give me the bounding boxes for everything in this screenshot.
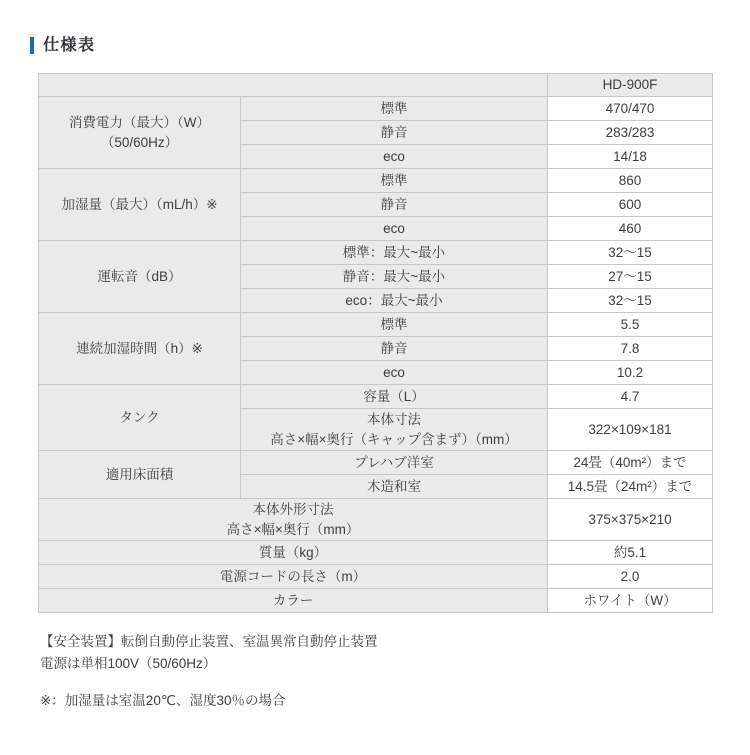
value-cell: 32～15 (548, 289, 713, 313)
mode-cell: 木造和室 (241, 475, 548, 499)
table-row: 本体外形寸法 高さ×幅×奥行（mm） 375×375×210 (39, 499, 713, 541)
mode-cell: 標準：最大~最小 (241, 241, 548, 265)
mode-cell: eco (241, 145, 548, 169)
value-cell: 2.0 (548, 565, 713, 589)
note-power-supply: 電源は単相100V（50/60Hz） (40, 653, 378, 675)
section-label-power-consumption: 消費電力（最大）（W） （50/60Hz） (39, 97, 241, 169)
table-header-row: HD-900F (39, 74, 713, 97)
mode-cell: 本体寸法 高さ×幅×奥行（キャップ含まず）（mm） (241, 409, 548, 451)
mode-cell: 静音：最大~最小 (241, 265, 548, 289)
mode-cell: 静音 (241, 121, 548, 145)
label-cord-length: 電源コードの長さ（m） (39, 565, 548, 589)
note-safety-devices: 【安全装置】転倒自動停止装置、室温異常自動停止装置 (40, 631, 378, 653)
label-color: カラー (39, 589, 548, 613)
table-row: 電源コードの長さ（m） 2.0 (39, 565, 713, 589)
value-cell: 7.8 (548, 337, 713, 361)
value-cell: 14.5畳（24m²）まで (548, 475, 713, 499)
section-label-tank: タンク (39, 385, 241, 451)
value-cell: 600 (548, 193, 713, 217)
section-label-floor-area: 適用床面積 (39, 451, 241, 499)
note-asterisk-condition: ※：加湿量は室温20℃、湿度30％の場合 (40, 690, 378, 712)
value-cell: 322×109×181 (548, 409, 713, 451)
value-cell: 10.2 (548, 361, 713, 385)
table-row: 加湿量（最大）（mL/h）※ 標準 860 (39, 169, 713, 193)
header-empty-cell (39, 74, 548, 97)
table-row: 消費電力（最大）（W） （50/60Hz） 標準 470/470 (39, 97, 713, 121)
title-accent-bar (30, 37, 34, 54)
section-title-text: 仕様表 (43, 38, 96, 54)
label-weight: 質量（kg） (39, 541, 548, 565)
value-cell: 32～15 (548, 241, 713, 265)
mode-cell: 容量（L） (241, 385, 548, 409)
table-row: カラー ホワイト（W） (39, 589, 713, 613)
value-cell: 470/470 (548, 97, 713, 121)
mode-cell: 静音 (241, 193, 548, 217)
mode-cell: プレハブ洋室 (241, 451, 548, 475)
spec-table: HD-900F 消費電力（最大）（W） （50/60Hz） 標準 470/470… (38, 73, 713, 613)
mode-cell: 静音 (241, 337, 548, 361)
value-cell: 27～15 (548, 265, 713, 289)
label-body-dimensions: 本体外形寸法 高さ×幅×奥行（mm） (39, 499, 548, 541)
mode-cell: eco (241, 217, 548, 241)
value-cell: 283/283 (548, 121, 713, 145)
value-cell: ホワイト（W） (548, 589, 713, 613)
mode-cell: 標準 (241, 97, 548, 121)
value-cell: 約5.1 (548, 541, 713, 565)
value-cell: 5.5 (548, 313, 713, 337)
notes: 【安全装置】転倒自動停止装置、室温異常自動停止装置 電源は単相100V（50/6… (40, 631, 378, 712)
section-label-continuous-time: 連続加湿時間（h）※ (39, 313, 241, 385)
table-row: 運転音（dB） 標準：最大~最小 32～15 (39, 241, 713, 265)
section-label-operating-noise: 運転音（dB） (39, 241, 241, 313)
value-cell: 14/18 (548, 145, 713, 169)
value-cell: 860 (548, 169, 713, 193)
value-cell: 24畳（40m²）まで (548, 451, 713, 475)
value-cell: 375×375×210 (548, 499, 713, 541)
value-cell: 4.7 (548, 385, 713, 409)
value-cell: 460 (548, 217, 713, 241)
section-label-humidification-amount: 加湿量（最大）（mL/h）※ (39, 169, 241, 241)
model-header-cell: HD-900F (548, 74, 713, 97)
table-row: 連続加湿時間（h）※ 標準 5.5 (39, 313, 713, 337)
mode-cell: eco (241, 361, 548, 385)
table-row: タンク 容量（L） 4.7 (39, 385, 713, 409)
mode-cell: 標準 (241, 313, 548, 337)
table-row: 質量（kg） 約5.1 (39, 541, 713, 565)
section-title: 仕様表 (30, 37, 96, 54)
mode-cell: eco：最大~最小 (241, 289, 548, 313)
mode-cell: 標準 (241, 169, 548, 193)
table-row: 適用床面積 プレハブ洋室 24畳（40m²）まで (39, 451, 713, 475)
